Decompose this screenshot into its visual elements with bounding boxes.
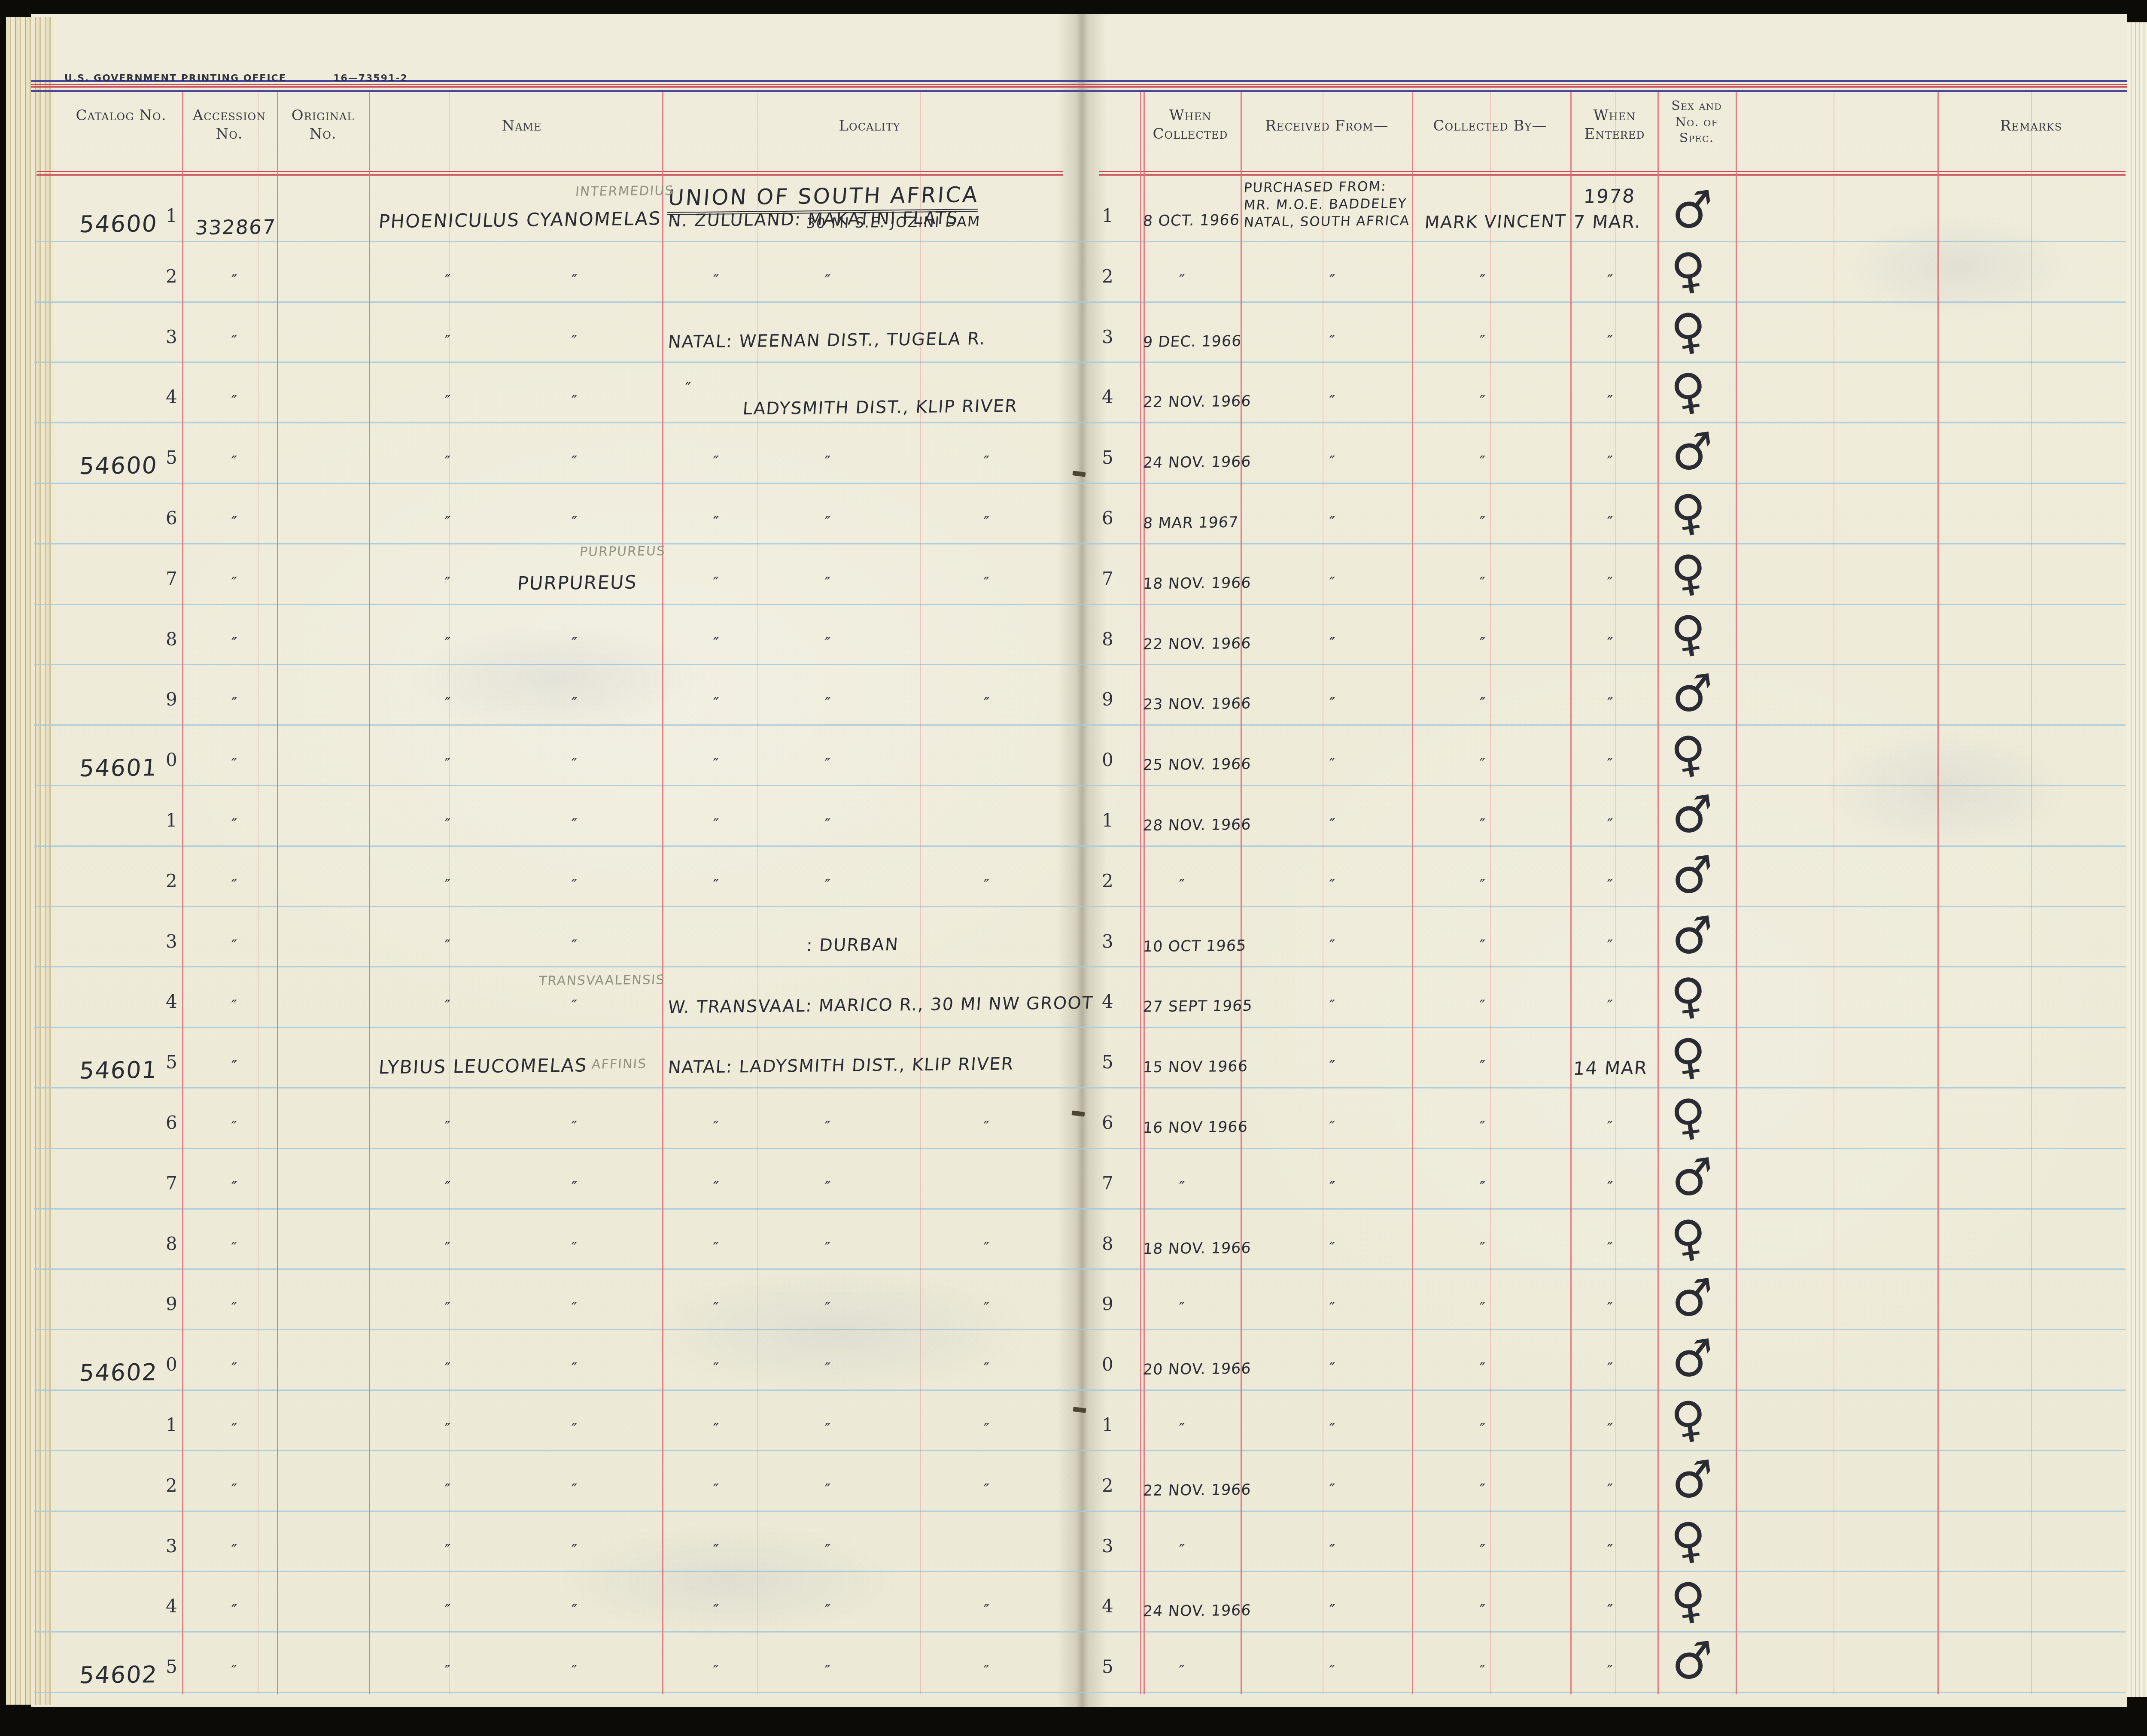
entered-ditto: ″ (1606, 1239, 1619, 1257)
sex-symbol: ♀ (1668, 608, 1711, 660)
collected-row-digit: 3 (1102, 931, 1113, 952)
locality-ditto: ″ (982, 1662, 996, 1680)
locality-value: NATAL: LADYSMITH DIST., KLIP RIVER (667, 1054, 1015, 1077)
catalog-row-digit: 9 (166, 1293, 177, 1314)
catalog-row-digit: 6 (166, 1112, 177, 1133)
collector-ditto: ″ (1478, 1602, 1492, 1619)
collector-ditto: ″ (1478, 392, 1492, 410)
column-rule (1657, 92, 1659, 1694)
sex-symbol: ♀ (1668, 1514, 1711, 1567)
entered-ditto: ″ (1606, 332, 1619, 350)
header-bottom-rule-left (36, 171, 1063, 176)
accession-ditto: ″ (230, 1662, 243, 1680)
accession-ditto: ″ (230, 876, 243, 894)
photo-background-top (0, 0, 2147, 14)
accession-ditto: ″ (230, 1239, 243, 1257)
received-from-ditto: ″ (1328, 1420, 1341, 1438)
collector-ditto: ″ (1478, 695, 1492, 712)
locality-ditto: ″ (982, 574, 996, 592)
name-ditto: ″ (570, 332, 584, 350)
sex-symbol: ♂ (1668, 667, 1718, 721)
species-pencil-annotation: TRANSVAALENSIS (538, 972, 666, 988)
locality-ditto: ″ (712, 514, 725, 531)
received-from-ditto: ″ (1328, 1058, 1341, 1075)
locality-ditto: ″ (824, 514, 837, 531)
locality-ditto: ″ (824, 635, 837, 652)
received-from-ditto: ″ (1328, 272, 1341, 289)
locality-ditto: ″ (824, 1179, 837, 1196)
accession-ditto: ″ (230, 453, 243, 471)
accession-ditto: ″ (230, 1481, 243, 1499)
column-rule (1937, 92, 1939, 1694)
bleed-through-smudge (1846, 215, 2070, 318)
collection-date: 23 NOV. 1966 (1142, 695, 1252, 714)
collector-ditto: ″ (1478, 1239, 1492, 1257)
received-from-ditto: ″ (1328, 514, 1341, 531)
name-ditto: ″ (444, 574, 457, 592)
collector-ditto: ″ (1478, 755, 1492, 773)
received-from-ditto: ″ (1328, 816, 1341, 833)
locality-ditto: ″ (712, 574, 725, 592)
collector-ditto: ″ (1478, 1299, 1492, 1317)
name-ditto: ″ (444, 272, 457, 289)
catalog-row-digit: 7 (166, 1173, 177, 1194)
name-ditto: ″ (444, 1118, 457, 1136)
row-line (34, 241, 2126, 242)
locality-ditto: ″ (824, 272, 837, 289)
collector-ditto: ″ (1478, 1481, 1492, 1499)
accession-ditto: ″ (230, 635, 243, 652)
accession-ditto: ″ (230, 392, 243, 410)
catalog-row-digit: 2 (166, 870, 177, 891)
name-ditto: ″ (444, 1420, 457, 1438)
locality-ditto: ″ (712, 453, 725, 471)
received-from-ditto: ″ (1328, 876, 1341, 894)
entered-ditto: ″ (1606, 392, 1619, 410)
catalog-row-digit: 0 (166, 749, 177, 770)
collected-row-digit: 4 (1102, 991, 1113, 1012)
collector-ditto: ″ (1478, 514, 1492, 531)
entered-ditto: ″ (1606, 574, 1619, 592)
collector-ditto: ″ (1478, 1662, 1492, 1680)
row-line (34, 1027, 2126, 1028)
locality-ditto: ″ (712, 272, 725, 289)
locality-ditto: ″ (712, 695, 725, 712)
accession-ditto: ″ (230, 1541, 243, 1559)
entered-ditto: ″ (1606, 514, 1619, 531)
locality-value: NATAL: WEENAN DIST., TUGELA R. (667, 329, 987, 352)
column-header-name: Name (429, 117, 614, 135)
received-from-ditto: ″ (1328, 392, 1341, 410)
locality-ditto: ″ (824, 1662, 837, 1680)
row-line (34, 966, 2126, 967)
column-rule (1834, 92, 1834, 1694)
catalog-number: 54602 (78, 1359, 158, 1386)
collected-row-digit: 7 (1102, 1173, 1113, 1194)
column-header-when-entered: When Entered (1572, 106, 1657, 143)
collection-date: 16 NOV 1966 (1142, 1119, 1248, 1137)
collected-row-digit: 2 (1102, 266, 1113, 287)
ledger-photo: U.S. GOVERNMENT PRINTING OFFICE 16—73591… (0, 0, 2147, 1736)
entered-ditto: ″ (1606, 876, 1619, 894)
bleed-through-smudge (1825, 730, 2065, 850)
collection-date: 24 NOV. 1966 (1142, 453, 1252, 472)
name-ditto: ″ (444, 1541, 457, 1559)
collection-date: 8 OCT. 1966 (1142, 212, 1240, 230)
received-from-ditto: ″ (1328, 755, 1341, 773)
collected-row-digit: 7 (1102, 568, 1113, 589)
collection-date: 9 DEC. 1966 (1142, 333, 1242, 351)
entered-ditto: ″ (1606, 1481, 1619, 1499)
accession-ditto: ″ (230, 574, 243, 592)
collected-row-digit: 3 (1102, 1535, 1113, 1557)
species-name: PURPUREUS (517, 572, 638, 595)
date-ditto: ″ (1178, 1299, 1191, 1317)
column-rule (1736, 92, 1737, 1694)
row-line (34, 362, 2126, 363)
locality-ditto: ″ (982, 1239, 996, 1257)
header-bottom-rule-right (1099, 171, 2126, 176)
catalog-row-digit: 4 (166, 1596, 177, 1617)
name-ditto: ″ (570, 937, 584, 955)
collection-date: 8 MAR 1967 (1142, 514, 1239, 532)
column-rule (182, 92, 183, 1694)
accession-ditto: ″ (230, 816, 243, 833)
sex-symbol: ♀ (1668, 728, 1711, 781)
collected-row-digit: 6 (1102, 508, 1113, 529)
collection-date: 18 NOV. 1966 (1142, 575, 1252, 593)
collected-row-digit: 2 (1102, 1475, 1113, 1496)
row-line (34, 422, 2126, 423)
row-line (34, 664, 2126, 665)
name-ditto: ″ (444, 997, 457, 1015)
sex-symbol: ♂ (1668, 848, 1718, 902)
locality-ditto: ″ (712, 635, 725, 652)
name-ditto: ″ (570, 453, 584, 471)
received-from-ditto: ″ (1328, 937, 1341, 955)
catalog-row-digit: 7 (166, 568, 177, 589)
date-ditto: ″ (1178, 1541, 1191, 1559)
entered-ditto: ″ (1606, 1299, 1619, 1317)
sex-symbol: ♀ (1668, 1031, 1711, 1083)
catalog-row-digit: 2 (166, 1475, 177, 1496)
locality-ditto: ″ (824, 574, 837, 592)
locality-ditto: ″ (824, 816, 837, 833)
locality-ditto: ″ (824, 755, 837, 773)
collected-row-digit: 1 (1102, 810, 1113, 831)
received-from-ditto: ″ (1328, 1360, 1341, 1377)
collector-ditto: ″ (1478, 816, 1492, 833)
name-ditto: ″ (444, 1360, 457, 1377)
accession-ditto: ″ (230, 1420, 243, 1438)
date-ditto: ″ (1178, 1420, 1191, 1438)
row-line (34, 483, 2126, 484)
name-ditto: ″ (570, 1420, 584, 1438)
species-pencil-annotation: INTERMEDIUS (575, 183, 675, 199)
collected-row-digit: 8 (1102, 1233, 1113, 1254)
name-ditto: ″ (570, 1360, 584, 1377)
collection-date: 18 NOV. 1966 (1142, 1240, 1252, 1258)
column-header-received-from: Received From— (1245, 117, 1408, 135)
column-rule (2031, 92, 2032, 1694)
entered-ditto: ″ (1606, 1541, 1619, 1559)
accession-ditto: ″ (230, 1118, 243, 1136)
collector-ditto: ″ (1478, 937, 1492, 955)
collected-row-digit: 4 (1102, 386, 1113, 407)
accession-number: 332867 (195, 215, 277, 239)
date-ditto: ″ (1178, 1179, 1191, 1196)
row-line (34, 724, 2126, 726)
catalog-row-digit: 3 (166, 931, 177, 952)
entered-ditto: ″ (1606, 1179, 1619, 1196)
catalog-row-digit: 1 (166, 1414, 177, 1435)
name-ditto: ″ (570, 755, 584, 773)
collected-row-digit: 1 (1102, 1414, 1113, 1435)
locality-ditto: ″ (712, 816, 725, 833)
catalog-row-digit: 5 (166, 1656, 177, 1677)
catalog-number: 54600 (78, 210, 158, 238)
date-ditto: ″ (1178, 272, 1191, 289)
received-from-ditto: ″ (1328, 635, 1341, 652)
catalog-row-digit: 6 (166, 508, 177, 529)
row-line (34, 1208, 2126, 1210)
collector-ditto: ″ (1478, 1179, 1492, 1196)
catalog-number: 54601 (78, 1056, 158, 1084)
column-rule (662, 92, 663, 1694)
column-rule (277, 92, 278, 1694)
species-name: PHOENICULUS CYANOMELAS (378, 208, 662, 233)
name-ditto: ″ (570, 997, 584, 1015)
sex-symbol: ♂ (1668, 1634, 1718, 1688)
row-line (34, 1329, 2126, 1330)
collector-ditto: ″ (1478, 574, 1492, 592)
locality-ditto: ″ (824, 1481, 837, 1499)
name-ditto: ″ (444, 332, 457, 350)
collector-ditto: ″ (1478, 1118, 1492, 1136)
collection-date: 27 SEPT 1965 (1142, 997, 1253, 1016)
printing-office-imprint: U.S. GOVERNMENT PRINTING OFFICE 16—73591… (64, 73, 408, 84)
catalog-row-digit: 3 (166, 1535, 177, 1557)
accession-ditto: ″ (230, 695, 243, 712)
name-ditto: ″ (570, 816, 584, 833)
locality-ditto: ″ (712, 1420, 725, 1438)
column-header-accession-no: Accession No. (178, 106, 281, 143)
entered-date: 7 MAR. (1572, 211, 1642, 233)
collection-date: 28 NOV. 1966 (1142, 816, 1252, 835)
catalog-number: 54602 (78, 1661, 158, 1689)
collection-date: 22 NOV. 1966 (1142, 635, 1252, 654)
row-line (34, 1148, 2126, 1149)
received-from-ditto: ″ (1328, 1541, 1341, 1559)
catalog-row-digit: 9 (166, 689, 177, 710)
book-page-edges-left (6, 17, 54, 1705)
name-ditto: ″ (570, 1179, 584, 1196)
locality-ditto: ″ (824, 876, 837, 894)
entered-ditto: ″ (1606, 695, 1619, 712)
collected-row-digit: 1 (1102, 205, 1113, 226)
date-ditto: ″ (1178, 876, 1191, 894)
accession-ditto: ″ (230, 272, 243, 289)
book-page-edge-right (2127, 22, 2147, 1697)
bleed-through-smudge (644, 1267, 1031, 1395)
catalog-row-digit: 5 (166, 1052, 177, 1073)
row-line (34, 1631, 2126, 1633)
collector-ditto: ″ (1478, 997, 1492, 1015)
collector-ditto: ″ (1478, 272, 1492, 289)
column-header-original-no: Original No. (276, 106, 370, 143)
column-rule (258, 92, 258, 1694)
collection-date: 22 NOV. 1966 (1142, 1481, 1252, 1500)
column-rule (1241, 92, 1242, 1694)
collector-ditto: ″ (1478, 332, 1492, 350)
received-from-ditto: ″ (1328, 1118, 1341, 1136)
photo-background-bottom (0, 1707, 2147, 1736)
column-header-catalog-no: Catalog No. (74, 106, 168, 125)
accession-ditto: ″ (230, 755, 243, 773)
catalog-row-digit: 8 (166, 1233, 177, 1254)
sex-symbol: ♀ (1668, 1212, 1711, 1265)
row-line (34, 785, 2126, 786)
entered-ditto: ″ (1606, 635, 1619, 652)
row-line (34, 301, 2126, 303)
catalog-number: 54601 (78, 754, 158, 782)
column-header-sex-and-spec: Sex and No. of Spec. (1658, 98, 1735, 146)
row-line (34, 845, 2126, 847)
received-from-line-1: PURCHASED FROM: (1243, 179, 1387, 195)
collected-row-digit: 8 (1102, 629, 1113, 650)
accession-ditto: ″ (230, 332, 243, 350)
accession-ditto: ″ (230, 997, 243, 1015)
collected-row-digit: 6 (1102, 1112, 1113, 1133)
entered-year: 1978 (1583, 185, 1636, 207)
catalog-row-digit: 1 (166, 205, 177, 226)
received-from-line-2: MR. M.O.E. BADDELEY (1243, 196, 1407, 213)
entered-ditto: ″ (1606, 1420, 1619, 1438)
collected-row-digit: 0 (1102, 749, 1113, 770)
name-ditto: ″ (444, 392, 457, 410)
collection-date: 10 OCT 1965 (1142, 937, 1247, 956)
sex-symbol: ♂ (1668, 1332, 1718, 1386)
accession-ditto: ″ (230, 1602, 243, 1619)
catalog-row-digit: 0 (166, 1354, 177, 1375)
collected-row-digit: 0 (1102, 1354, 1113, 1375)
locality-ditto: ″ (982, 1118, 996, 1136)
locality-ditto: ″ (824, 1239, 837, 1257)
name-ditto: ″ (444, 1481, 457, 1499)
catalog-row-digit: 1 (166, 810, 177, 831)
collector-ditto: ″ (1478, 635, 1492, 652)
sex-symbol: ♂ (1668, 909, 1718, 963)
name-ditto: ″ (444, 514, 457, 531)
locality-ditto: ″ (824, 1420, 837, 1438)
book-gutter (1057, 13, 1107, 1708)
locality-ditto: ″ (712, 1118, 725, 1136)
sex-symbol: ♀ (1668, 1393, 1711, 1446)
sex-symbol: ♂ (1668, 1271, 1718, 1325)
locality-value: : DURBAN (806, 935, 900, 955)
sex-symbol: ♀ (1668, 245, 1711, 298)
locality-ditto: ″ (712, 1481, 725, 1499)
name-ditto: ″ (570, 1662, 584, 1680)
row-line (34, 604, 2126, 605)
received-from-ditto: ″ (1328, 1299, 1341, 1317)
bleed-through-smudge (558, 1524, 902, 1636)
name-ditto: ″ (570, 272, 584, 289)
name-ditto: ″ (444, 1602, 457, 1619)
locality-ditto: ″ (982, 1602, 996, 1619)
received-from-ditto: ″ (1328, 1481, 1341, 1499)
catalog-row-digit: 5 (166, 447, 177, 468)
locality-ditto: ″ (712, 1662, 725, 1680)
collector-ditto: ″ (1478, 1420, 1492, 1438)
accession-ditto: ″ (230, 1360, 243, 1377)
collector-name: MARK VINCENT (1424, 211, 1567, 232)
accession-ditto: ″ (230, 937, 243, 955)
sex-symbol: ♀ (1668, 970, 1711, 1023)
name-ditto: ″ (444, 453, 457, 471)
locality-ditto: ″ (824, 453, 837, 471)
locality-value: LADYSMITH DIST., KLIP RIVER (742, 396, 1019, 419)
sex-symbol: ♀ (1668, 547, 1711, 600)
entered-ditto: ″ (1606, 453, 1619, 471)
received-from-ditto: ″ (1328, 1179, 1341, 1196)
catalog-row-digit: 2 (166, 266, 177, 287)
name-ditto: ″ (444, 1239, 457, 1257)
sex-symbol: ♂ (1668, 1151, 1718, 1204)
collector-ditto: ″ (1478, 1360, 1492, 1377)
row-line (34, 543, 2126, 544)
sex-symbol: ♀ (1668, 1091, 1711, 1144)
locality-ditto: ″ (712, 755, 725, 773)
collected-row-digit: 9 (1102, 689, 1113, 710)
locality-ditto: ″ (982, 1420, 996, 1438)
entered-ditto: ″ (1606, 816, 1619, 833)
accession-ditto: ″ (230, 1058, 243, 1075)
collector-ditto: ″ (1478, 1058, 1492, 1075)
entered-ditto: ″ (1606, 272, 1619, 289)
locality-ditto: ″ (712, 1239, 725, 1257)
locality-ditto: ″ (982, 876, 996, 894)
row-line (34, 906, 2126, 907)
collection-date: 20 NOV. 1966 (1142, 1360, 1252, 1379)
catalog-row-digit: 4 (166, 991, 177, 1012)
name-ditto: ″ (570, 514, 584, 531)
locality-ditto: ″ (982, 695, 996, 712)
column-rule (1323, 92, 1323, 1694)
received-from-ditto: ″ (1328, 574, 1341, 592)
collector-ditto: ″ (1478, 1541, 1492, 1559)
received-from-ditto: ″ (1328, 997, 1341, 1015)
column-rule (1412, 92, 1413, 1694)
sex-symbol: ♂ (1668, 425, 1718, 479)
sex-symbol: ♀ (1668, 365, 1711, 418)
collection-date: 15 NOV 1966 (1142, 1058, 1248, 1076)
locality-ditto: ″ (824, 695, 837, 712)
collected-row-digit: 5 (1102, 1052, 1113, 1073)
collector-ditto: ″ (1478, 876, 1492, 894)
entered-ditto: ″ (1606, 1360, 1619, 1377)
received-from-ditto: ″ (1328, 332, 1341, 350)
row-line (34, 1087, 2126, 1088)
name-ditto: ″ (444, 876, 457, 894)
collected-row-digit: 3 (1102, 326, 1113, 347)
received-from-ditto: ″ (1328, 453, 1341, 471)
locality-ditto: ″ (684, 380, 697, 397)
entered-ditto: ″ (1606, 937, 1619, 955)
collected-row-digit: 5 (1102, 447, 1113, 468)
received-from-ditto: ″ (1328, 1239, 1341, 1257)
row-line (34, 1450, 2126, 1451)
